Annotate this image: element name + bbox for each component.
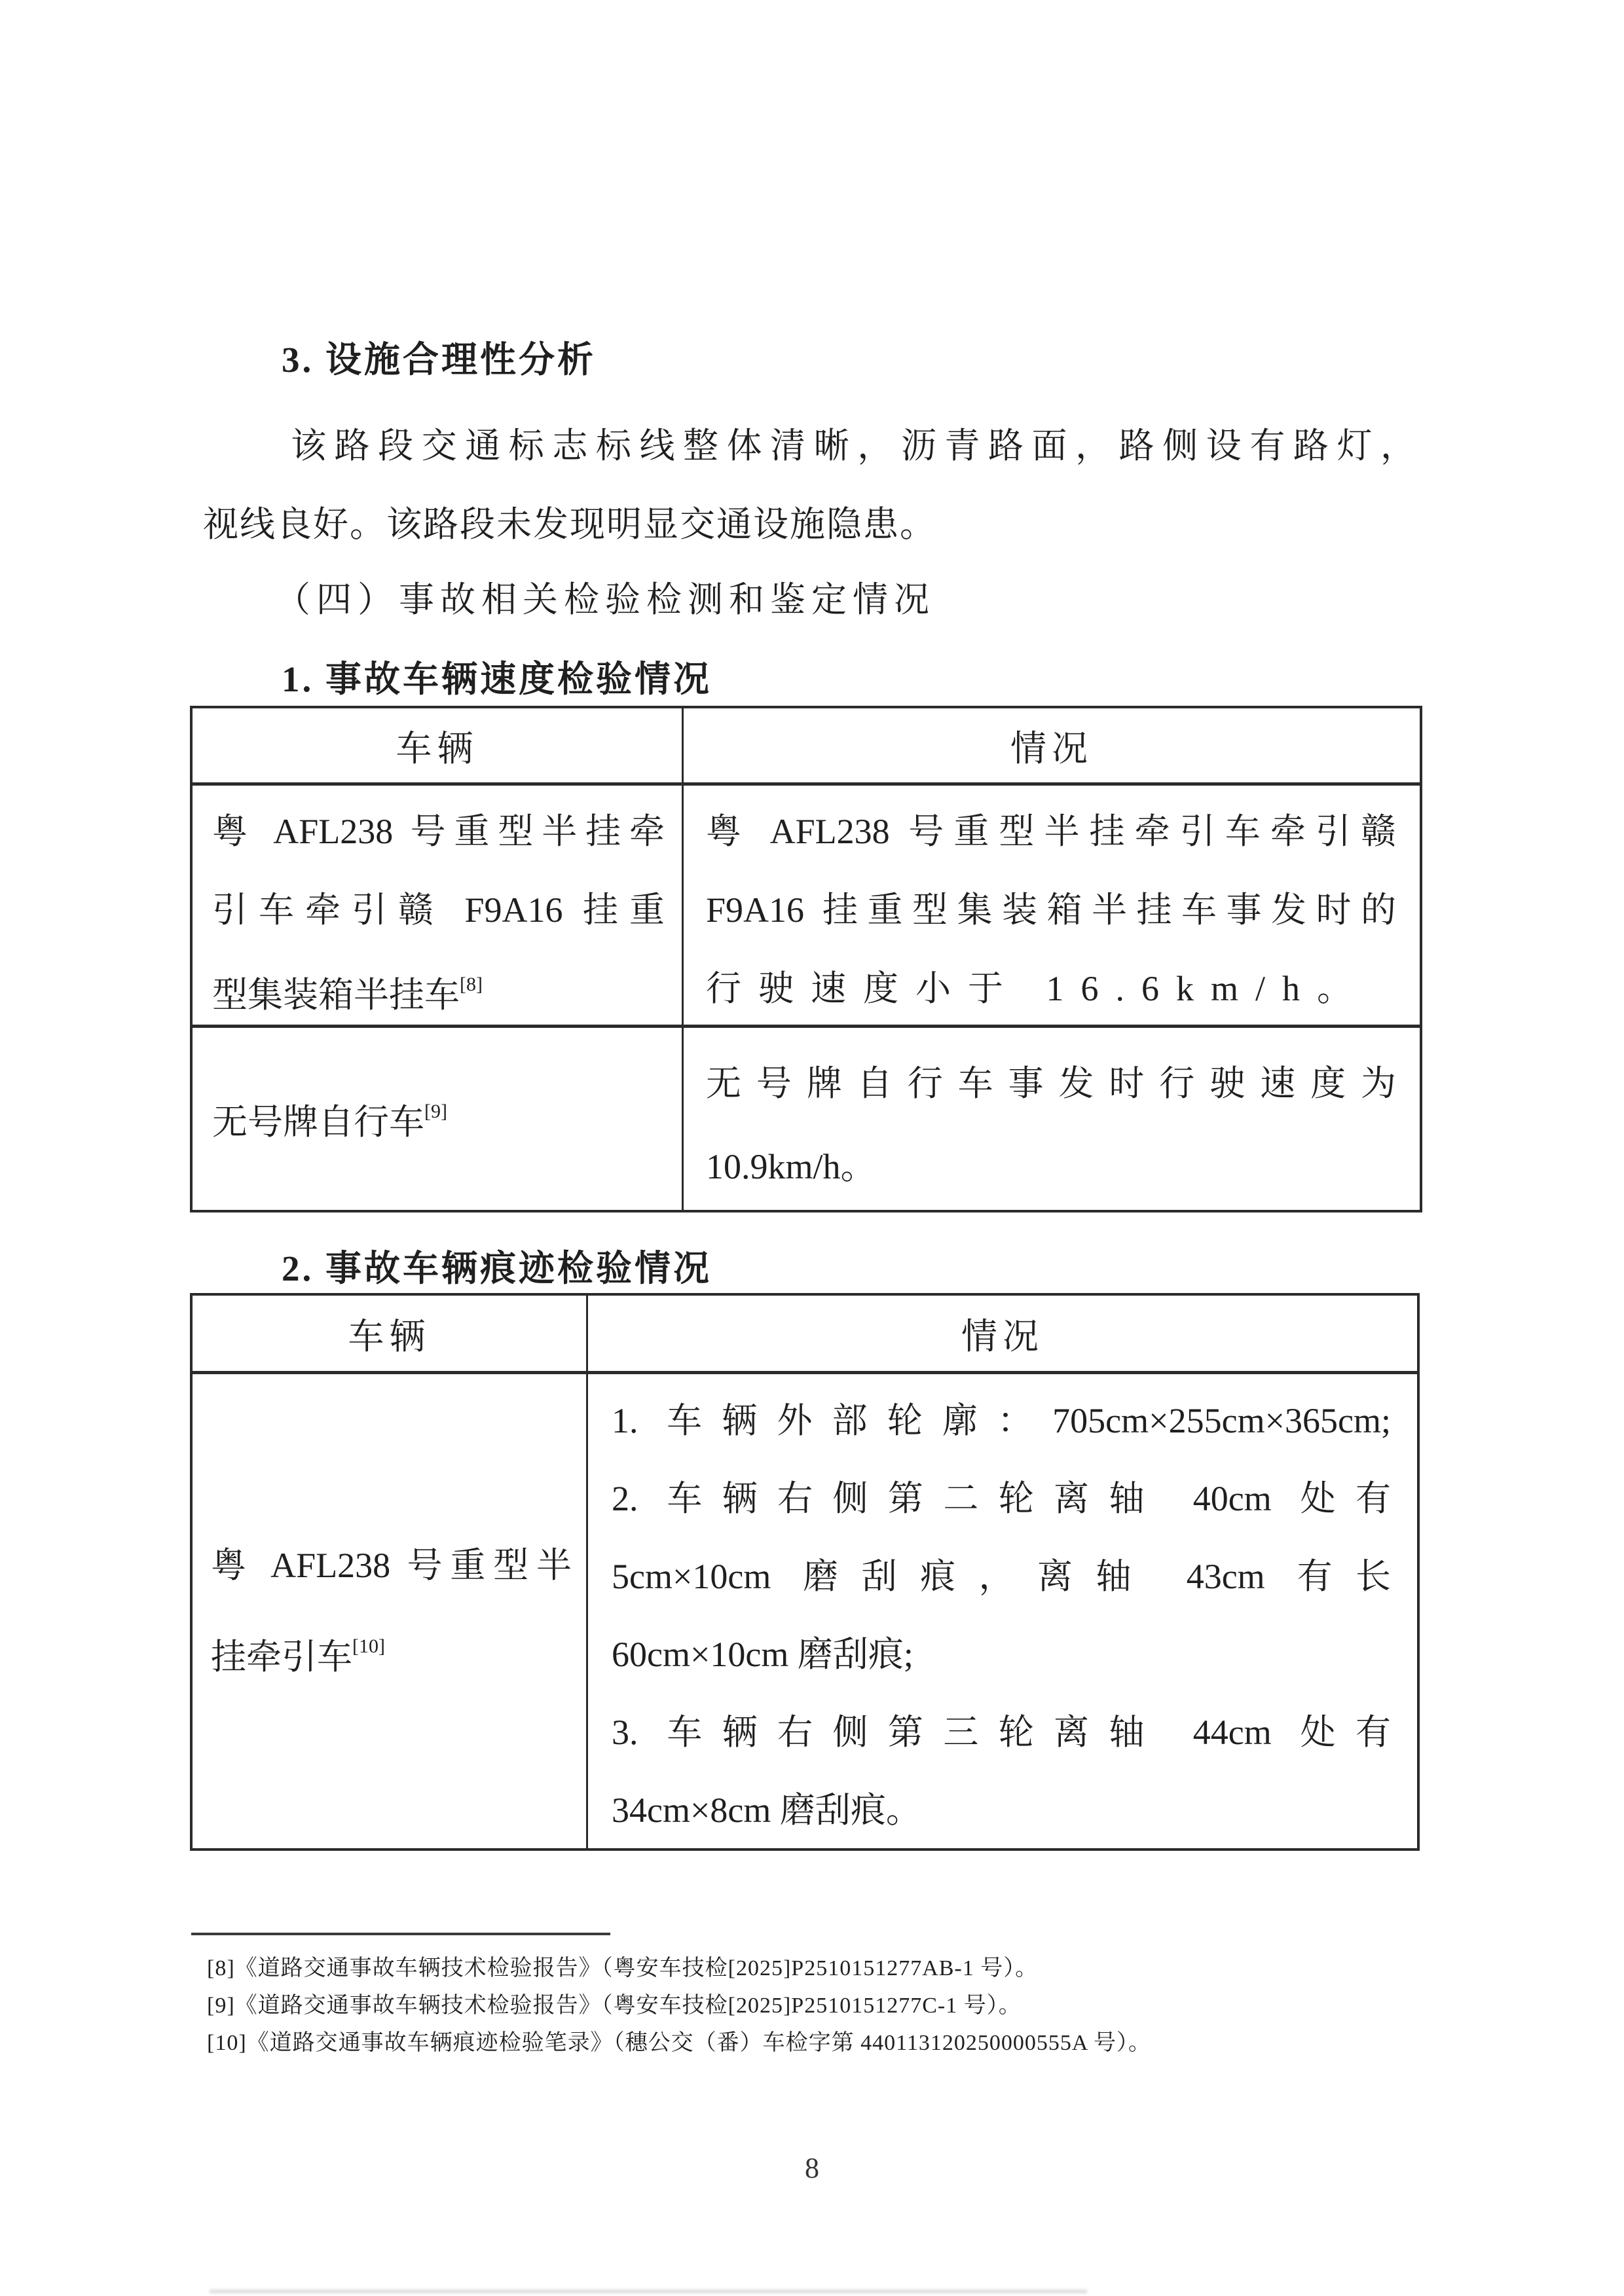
table-cell-line: 34cm×8cm 磨刮痕。 bbox=[612, 1772, 1391, 1848]
footnote-9: [9]《道路交通事故车辆技术检验报告》（粤安车技检[2025]P25101512… bbox=[207, 1987, 1151, 2024]
footnote-10: [10]《道路交通事故车辆痕迹检验笔录》（穗公交（番）车检字第 44011312… bbox=[207, 2024, 1151, 2062]
table1-row2-vehicle-cell: 无号牌自行车[9] bbox=[193, 1028, 684, 1210]
section-heading-3: 3. 设施合理性分析 bbox=[282, 331, 596, 382]
table-cell-line: 3. 车辆右侧第三轮离轴 44cm 处有 bbox=[612, 1694, 1391, 1772]
paragraph-line-2: 视线良好。该路段未发现明显交通设施隐患。 bbox=[203, 496, 936, 547]
table2-header-vehicle: 车辆 bbox=[193, 1296, 588, 1374]
table-cell-text: 挂牵引车 bbox=[211, 1637, 352, 1677]
table1-row1-situation-cell: 粤 AFL238 号重型半挂牵引车牵引赣 F9A16 挂重型集装箱半挂车事发时的… bbox=[684, 786, 1420, 1028]
table-cell-line: 10.9km/h。 bbox=[706, 1125, 1396, 1209]
trace-inspection-table: 车辆 情况 粤 AFL238 号重型半 挂牵引车[10] 1. 车辆外部轮廓：7… bbox=[190, 1293, 1420, 1851]
table1-header-situation: 情况 bbox=[684, 708, 1420, 786]
table2-header-situation-label: 情况 bbox=[961, 1307, 1044, 1359]
table-cell-line: 无号牌自行车[9] bbox=[212, 1094, 447, 1144]
table-cell-line: 2. 车辆右侧第二轮离轴 40cm 处有 bbox=[612, 1460, 1391, 1538]
table2-row1-situation-cell: 1. 车辆外部轮廓：705cm×255cm×365cm; 2. 车辆右侧第二轮离… bbox=[588, 1374, 1417, 1848]
table2-header-vehicle-label: 车辆 bbox=[348, 1307, 430, 1359]
table1-row1-vehicle-cell: 粤 AFL238 号重型半挂牵 引车牵引赣 F9A16 挂重 型集装箱半挂车[8… bbox=[193, 786, 684, 1028]
paragraph-line-1: 该路段交通标志标线整体清晰，沥青路面，路侧设有路灯， bbox=[203, 418, 1416, 468]
footnote-separator bbox=[191, 1933, 610, 1935]
table-cell-line: 行驶速度小于 16.6km/h。 bbox=[706, 949, 1396, 1028]
table-cell-text: 无号牌自行车 bbox=[212, 1102, 424, 1142]
document-page: 3. 设施合理性分析 该路段交通标志标线整体清晰，沥青路面，路侧设有路灯， 视线… bbox=[0, 0, 1624, 2296]
scan-artifact bbox=[210, 2289, 1087, 2293]
subsection-heading-1: 1. 事故车辆速度检验情况 bbox=[282, 650, 712, 702]
table-cell-line: 挂牵引车[10] bbox=[211, 1608, 572, 1700]
table-cell-line: 粤 AFL238 号重型半 bbox=[211, 1523, 572, 1608]
table-cell-line: 型集装箱半挂车[8] bbox=[212, 949, 665, 1028]
footnote-marker-10: [10] bbox=[352, 1635, 385, 1657]
table1-row2-situation-cell: 无号牌自行车事发时行驶速度为 10.9km/h。 bbox=[684, 1028, 1420, 1210]
speed-inspection-table: 车辆 情况 粤 AFL238 号重型半挂牵 引车牵引赣 F9A16 挂重 型集装… bbox=[190, 706, 1422, 1212]
table1-header-situation-label: 情况 bbox=[1010, 720, 1093, 771]
table2-header-situation: 情况 bbox=[588, 1296, 1417, 1374]
table-cell-line: 5cm×10cm 磨刮痕，离轴 43cm 有长 bbox=[612, 1538, 1391, 1616]
page-number: 8 bbox=[0, 2151, 1624, 2185]
table-cell-line: 60cm×10cm 磨刮痕; bbox=[612, 1616, 1391, 1694]
table-cell-line: 无号牌自行车事发时行驶速度为 bbox=[706, 1042, 1396, 1125]
footnote-marker-8: [8] bbox=[460, 974, 483, 995]
table1-header-vehicle-label: 车辆 bbox=[396, 720, 478, 771]
table-cell-line: 1. 车辆外部轮廓：705cm×255cm×365cm; bbox=[612, 1382, 1391, 1460]
table2-row1-vehicle-cell: 粤 AFL238 号重型半 挂牵引车[10] bbox=[193, 1374, 588, 1848]
table-cell-line: 粤 AFL238 号重型半挂牵引车牵引赣 bbox=[706, 792, 1396, 871]
subsection-heading-2: 2. 事故车辆痕迹检验情况 bbox=[282, 1239, 712, 1291]
table-cell-line: F9A16 挂重型集装箱半挂车事发时的 bbox=[706, 871, 1396, 949]
table-cell-line: 粤 AFL238 号重型半挂牵 bbox=[212, 792, 665, 871]
table-cell-text: 型集装箱半挂车 bbox=[212, 975, 460, 1015]
section-heading-4: （四）事故相关检验检测和鉴定情况 bbox=[275, 572, 935, 622]
footnote-marker-9: [9] bbox=[424, 1101, 447, 1122]
table-cell-line: 引车牵引赣 F9A16 挂重 bbox=[212, 871, 665, 949]
table1-header-vehicle: 车辆 bbox=[193, 708, 684, 786]
footnote-8: [8]《道路交通事故车辆技术检验报告》（粤安车技检[2025]P25101512… bbox=[207, 1950, 1151, 1987]
footnote-list: [8]《道路交通事故车辆技术检验报告》（粤安车技检[2025]P25101512… bbox=[207, 1950, 1151, 2062]
